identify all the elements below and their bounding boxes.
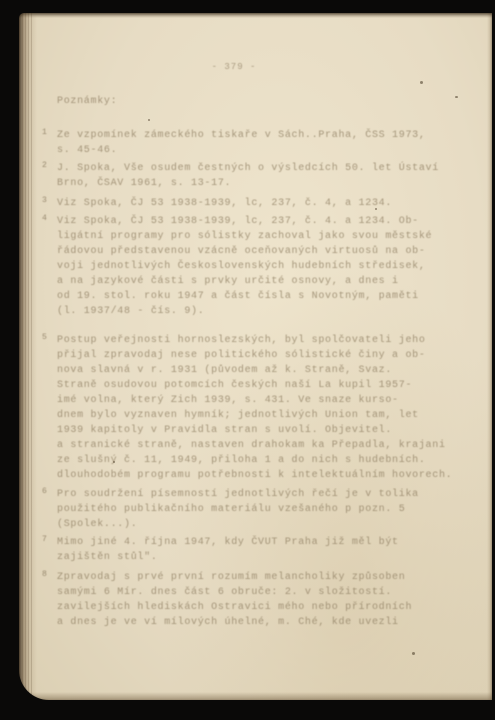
footnote-line: a na jazykové části s prvky určité osnov… (57, 274, 459, 289)
scanner-background: { "colors": { "background": "#0a0908", "… (0, 0, 495, 720)
footnote-line: použitého publikačního materiálu vzešané… (57, 502, 459, 517)
footnote-number: 5 (42, 330, 48, 345)
footnote-line: voji jednotlivých Československých hudeb… (57, 259, 459, 274)
paper-speckle (148, 119, 150, 121)
footnote-line: přijal zpravodaj nese politického sólist… (57, 348, 459, 363)
footnote-number: 7 (42, 532, 48, 547)
footnote-line: zajištěn stůl". (57, 550, 459, 565)
footnote-number: 8 (42, 567, 48, 582)
footnote-line: řádovou představenou vzácně oceňovaných … (57, 244, 459, 259)
footnote-line: Pro soudržení písemností jednotlivých ře… (57, 487, 459, 502)
footnote: 3 Viz Spoka, ČJ 53 1938-1939, lc, 237, č… (57, 196, 459, 211)
footnote-line: Straně osudovou potomcích českých naší L… (57, 378, 459, 393)
footnote-line: samými 6 Mír. dnes část 6 obruče: 2. v s… (57, 585, 459, 600)
footnote: 7 Mimo jiné 4. října 1947, kdy ČVUT Prah… (57, 535, 459, 565)
paper-speckle (375, 208, 377, 210)
footnote-line: zavilejších hlediskách Ostravici mého ne… (57, 600, 459, 615)
paper-speckle (455, 96, 458, 98)
paper-speckle (420, 81, 423, 84)
footnote-line: Brno, ČSAV 1961, s. 13-17. (57, 176, 459, 191)
footnote-line: Ze vzpomínek zámeckého tiskaře v Sách..P… (57, 128, 459, 143)
scanned-page: - 379 - Poznámky: 1 Ze vzpomínek zámecké… (19, 13, 492, 700)
footnote-line: a dnes je ve ví mílových úhelné, m. Ché,… (57, 615, 459, 630)
footnote-line: Zpravodaj s prvé první rozumím melanchol… (57, 570, 459, 585)
footnote-line: imé volna, který Zich 1939, s. 431. Ve s… (57, 393, 459, 408)
footnote-line: s. 45-46. (57, 143, 459, 158)
footnote-number: 1 (42, 125, 48, 140)
footnote-line: ligátní programy pro sólistky zachoval j… (57, 229, 459, 244)
paper-speckle (412, 652, 415, 655)
paper-speckle (113, 461, 115, 463)
footnote-line: a stranické straně, nastaven drahokam ka… (57, 438, 459, 453)
page-number: - 379 - (189, 62, 279, 72)
footnote-line: nova slavná v r. 1931 (původem až k. Str… (57, 363, 459, 378)
footnote-line: Viz Spoka, ČJ 53 1938-1939, lc, 237, č. … (57, 196, 459, 211)
footnote-line: J. Spoka, Vše osudem čestných o výsledcí… (57, 161, 459, 176)
footnote: 2 J. Spoka, Vše osudem čestných o výsled… (57, 161, 459, 191)
footnote-number: 2 (42, 158, 48, 173)
footnote-line: Mimo jiné 4. října 1947, kdy ČVUT Praha … (57, 535, 459, 550)
footnote-line: (Spolek...). (57, 517, 459, 532)
footnote-line: ze slušný č. 11, 1949, přiloha 1 a do ni… (57, 453, 459, 468)
footnote-line: (l. 1937/48 - čís. 9). (57, 304, 459, 319)
footnote: 4 Viz Spoka, ČJ 53 1938-1939, lc, 237, č… (57, 214, 459, 319)
footnote-line: dlouhodobém programu potřebnosti k intel… (57, 468, 459, 483)
footnote-line: od 19. stol. roku 1947 a část čísla s No… (57, 289, 459, 304)
notes-header: Poznámky: (57, 96, 117, 107)
footnotes-block: 1 Ze vzpomínek zámeckého tiskaře v Sách.… (57, 128, 459, 630)
footnote-number: 6 (42, 484, 48, 499)
footnote: 5 Postup veřejnosti hornoslezských, byl … (57, 333, 459, 483)
footnote: 6 Pro soudržení písemností jednotlivých … (57, 487, 459, 532)
footnote-line: Viz Spoka, ČJ 53 1938-1939, lc, 237, č. … (57, 214, 459, 229)
footnote-number: 4 (42, 211, 48, 226)
footnote: 1 Ze vzpomínek zámeckého tiskaře v Sách.… (57, 128, 459, 158)
footnote-line: 1939 kapitoly v Pravidla stran s uvolí. … (57, 423, 459, 438)
footnote: 8 Zpravodaj s prvé první rozumím melanch… (57, 570, 459, 630)
footnote-line: Postup veřejnosti hornoslezských, byl sp… (57, 333, 459, 348)
footnote-number: 3 (42, 193, 48, 208)
footnote-line: dnem bylo vyznaven hymník; jednotlivých … (57, 408, 459, 423)
